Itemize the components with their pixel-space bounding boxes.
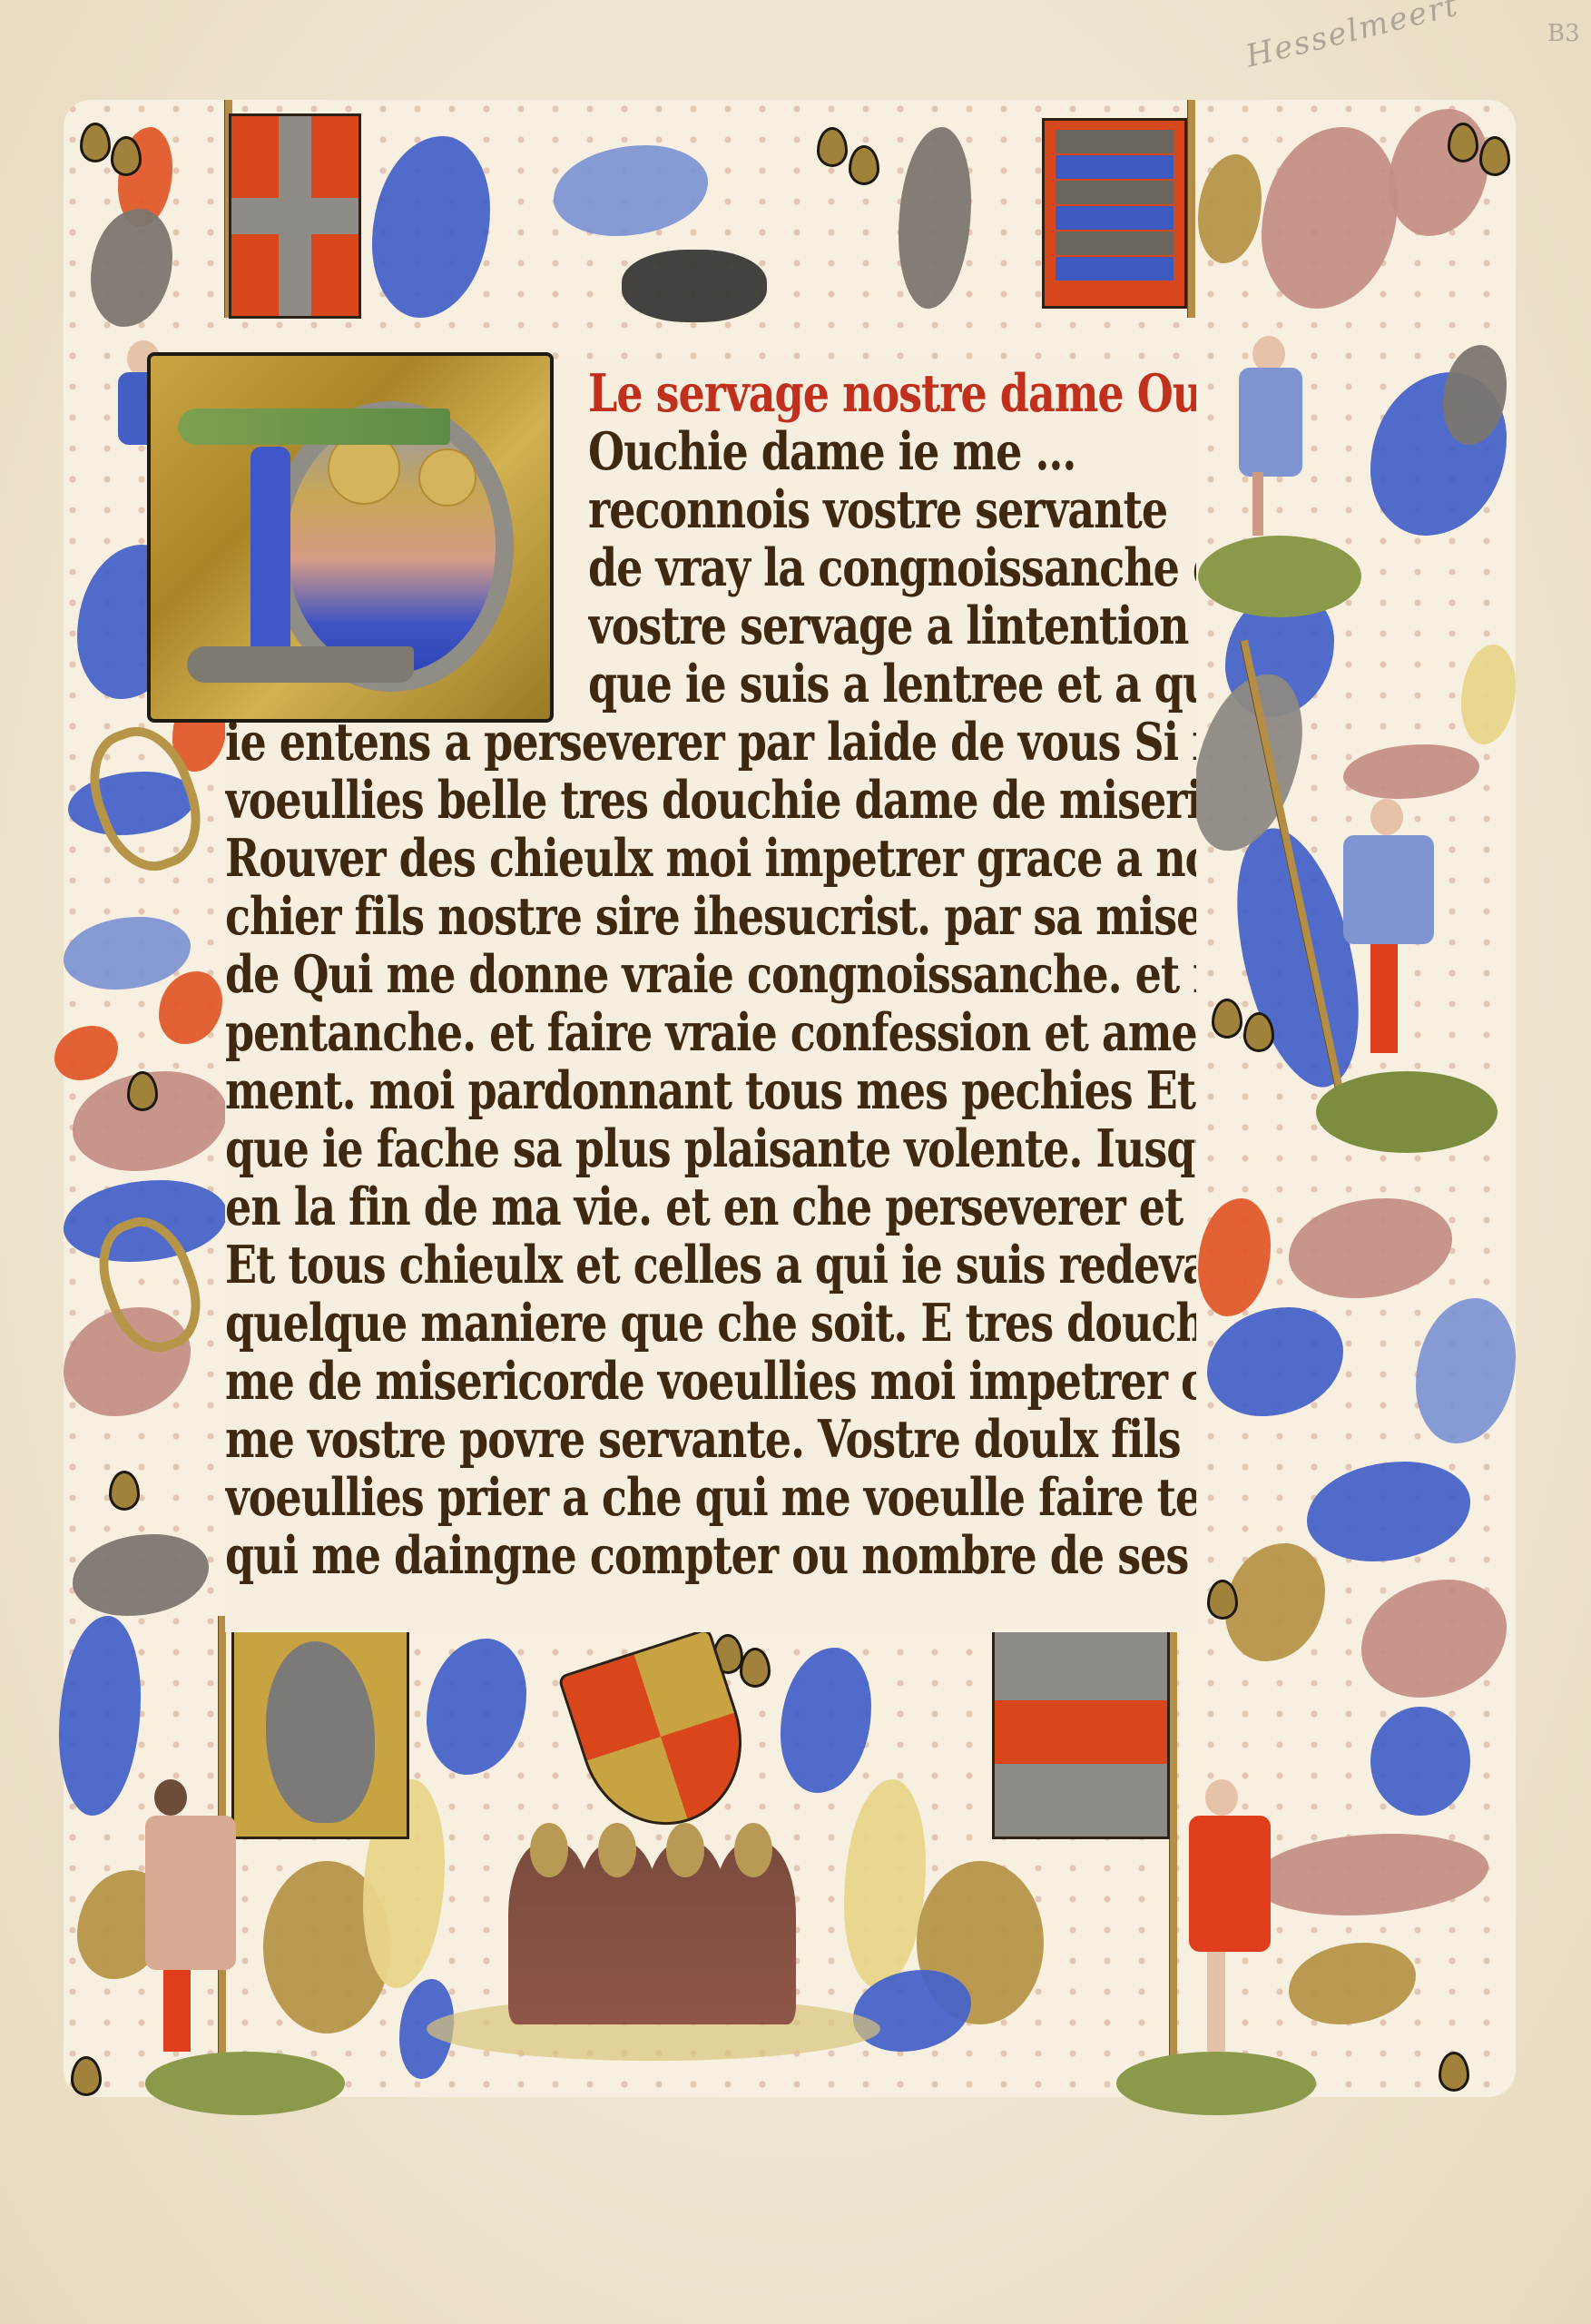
text-line: qui me daingne compter ou nombre de ses xyxy=(225,1523,1196,1587)
text-line: vostre servage a lintention xyxy=(588,594,1196,657)
text-line: Et tous chieulx et celles a qui ie suis … xyxy=(225,1233,1196,1296)
text-line: ment. moi pardonnant tous mes pechies Et xyxy=(225,1059,1196,1122)
gold-leaf-icon xyxy=(80,123,111,162)
text-line: que ie fache sa plus plaisante volente. … xyxy=(225,1117,1196,1180)
grass-mound xyxy=(1316,1071,1498,1153)
text-line: quelque maniere que che soit. E tres dou… xyxy=(225,1291,1196,1354)
grass-mound xyxy=(145,2052,345,2115)
text-line: en la fin de ma vie. et en che persevere… xyxy=(225,1175,1196,1238)
text-line: pentanche. et faire vraie confession et … xyxy=(225,1000,1196,1064)
grass-mound xyxy=(1116,2052,1316,2115)
fess-banner xyxy=(992,1630,1170,1839)
text-line: me de misericorde voeullies moi impetrer… xyxy=(225,1349,1196,1413)
gold-leaf-icon xyxy=(817,127,848,167)
folio-mark: B3 xyxy=(1547,20,1580,47)
cross-icon xyxy=(231,198,358,234)
black-lamb-icon xyxy=(622,250,767,322)
banner-pole xyxy=(1169,1616,1177,2070)
text-line: voeullies prier a che qui me voeulle fai… xyxy=(225,1465,1196,1529)
pencil-annotation: Hesselmeert xyxy=(1242,0,1463,74)
halo-icon xyxy=(418,448,476,507)
lion-rampant-banner xyxy=(231,1625,409,1839)
gold-leaf-icon xyxy=(71,2056,102,2096)
text-line: de vray la congnoissanche de xyxy=(588,536,1196,599)
gold-leaf-icon xyxy=(109,1471,140,1511)
gold-leaf-icon xyxy=(127,1071,158,1111)
text-line: voeullies belle tres douchie dame de mis… xyxy=(225,768,1196,832)
text-line: que ie suis a lentree et a quoy xyxy=(588,652,1196,715)
initial-horn xyxy=(178,409,450,445)
gold-leaf-icon xyxy=(1207,1580,1238,1620)
gold-leaf-icon xyxy=(1439,2052,1469,2092)
initial-stem xyxy=(250,447,290,655)
kneeling-woman xyxy=(712,1843,796,2024)
text-line: Rouver des chieulx moi impetrer grace a … xyxy=(225,826,1196,890)
flower-icon xyxy=(1370,1707,1470,1816)
text-line: de Qui me donne vraie congnoissanche. et… xyxy=(225,942,1196,1006)
gold-leaf-icon xyxy=(849,145,879,185)
text-line: me vostre povre servante. Vostre doulx f… xyxy=(225,1407,1196,1471)
manuscript-page: Hesselmeert B3 xyxy=(0,0,1591,2324)
rubric-heading: Le servage nostre dame Ou xyxy=(588,361,1196,425)
gold-leaf-icon xyxy=(1448,123,1478,162)
banner-pole xyxy=(1187,100,1195,318)
gold-leaf-icon xyxy=(740,1648,771,1688)
gold-leaf-icon xyxy=(111,136,142,176)
cross-banner xyxy=(229,113,361,319)
gold-leaf-icon xyxy=(1479,136,1510,176)
text-line: Ouchie dame ie me ... xyxy=(588,419,1196,483)
lion-icon xyxy=(266,1641,375,1823)
four-kneeling-women xyxy=(508,1816,799,2024)
text-line: chier fils nostre sire ihesucrist. par s… xyxy=(225,884,1196,948)
grass-mound xyxy=(1198,536,1361,617)
gold-leaf-icon xyxy=(1243,1012,1274,1052)
initial-tail xyxy=(187,646,414,683)
barry-banner xyxy=(1042,118,1187,309)
text-line: reconnois vostre servante xyxy=(588,478,1196,541)
historiated-initial-d xyxy=(147,352,554,723)
gold-leaf-icon xyxy=(1212,999,1242,1039)
